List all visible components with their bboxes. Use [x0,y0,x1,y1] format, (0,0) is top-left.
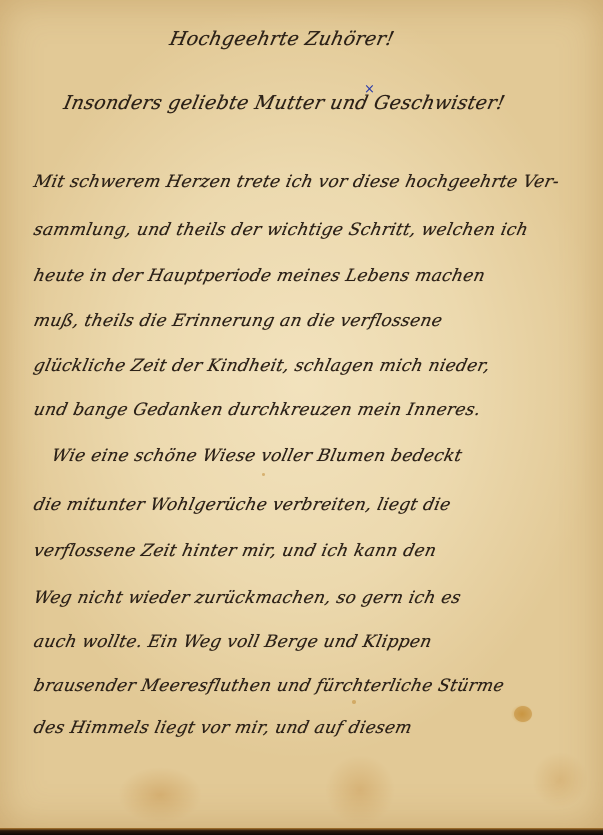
salutation-line-1: Hochgeehrte Zuhörer! [168,28,397,50]
salutation-line-2: Insonders geliebte Mutter und Geschwiste… [62,92,507,114]
body-line: auch wollte. Ein Weg voll Berge und Klip… [32,632,434,652]
stain-spot [514,706,532,722]
annotation-cross-mark: × [364,82,375,97]
body-line: die mitunter Wohlgerüche verbreiten, lie… [32,495,453,515]
body-line: Weg nicht wieder zurückmachen, so gern i… [32,588,463,608]
scan-bottom-edge [0,828,603,835]
body-line: und bange Gedanken durchkreuzen mein Inn… [32,400,483,420]
letter-page: Hochgeehrte Zuhörer! Insonders geliebte … [0,0,603,828]
body-line: heute in der Hauptperiode meines Lebens … [32,266,487,286]
body-line: Mit schwerem Herzen trete ich vor diese … [32,172,561,192]
body-line: glückliche Zeit der Kindheit, schlagen m… [32,356,492,376]
body-line: sammlung, und theils der wichtige Schrit… [32,220,530,240]
body-line: Wie eine schöne Wiese voller Blumen bede… [50,446,464,466]
body-line: muß, theils die Erinnerung an die verflo… [32,311,444,331]
stain-spot [352,700,356,704]
body-line: verflossene Zeit hinter mir, und ich kan… [32,541,438,561]
body-line: brausender Meeresfluthen und fürchterlic… [32,676,506,696]
body-line: des Himmels liegt vor mir, und auf diese… [32,718,414,738]
stain-spot [262,473,265,476]
